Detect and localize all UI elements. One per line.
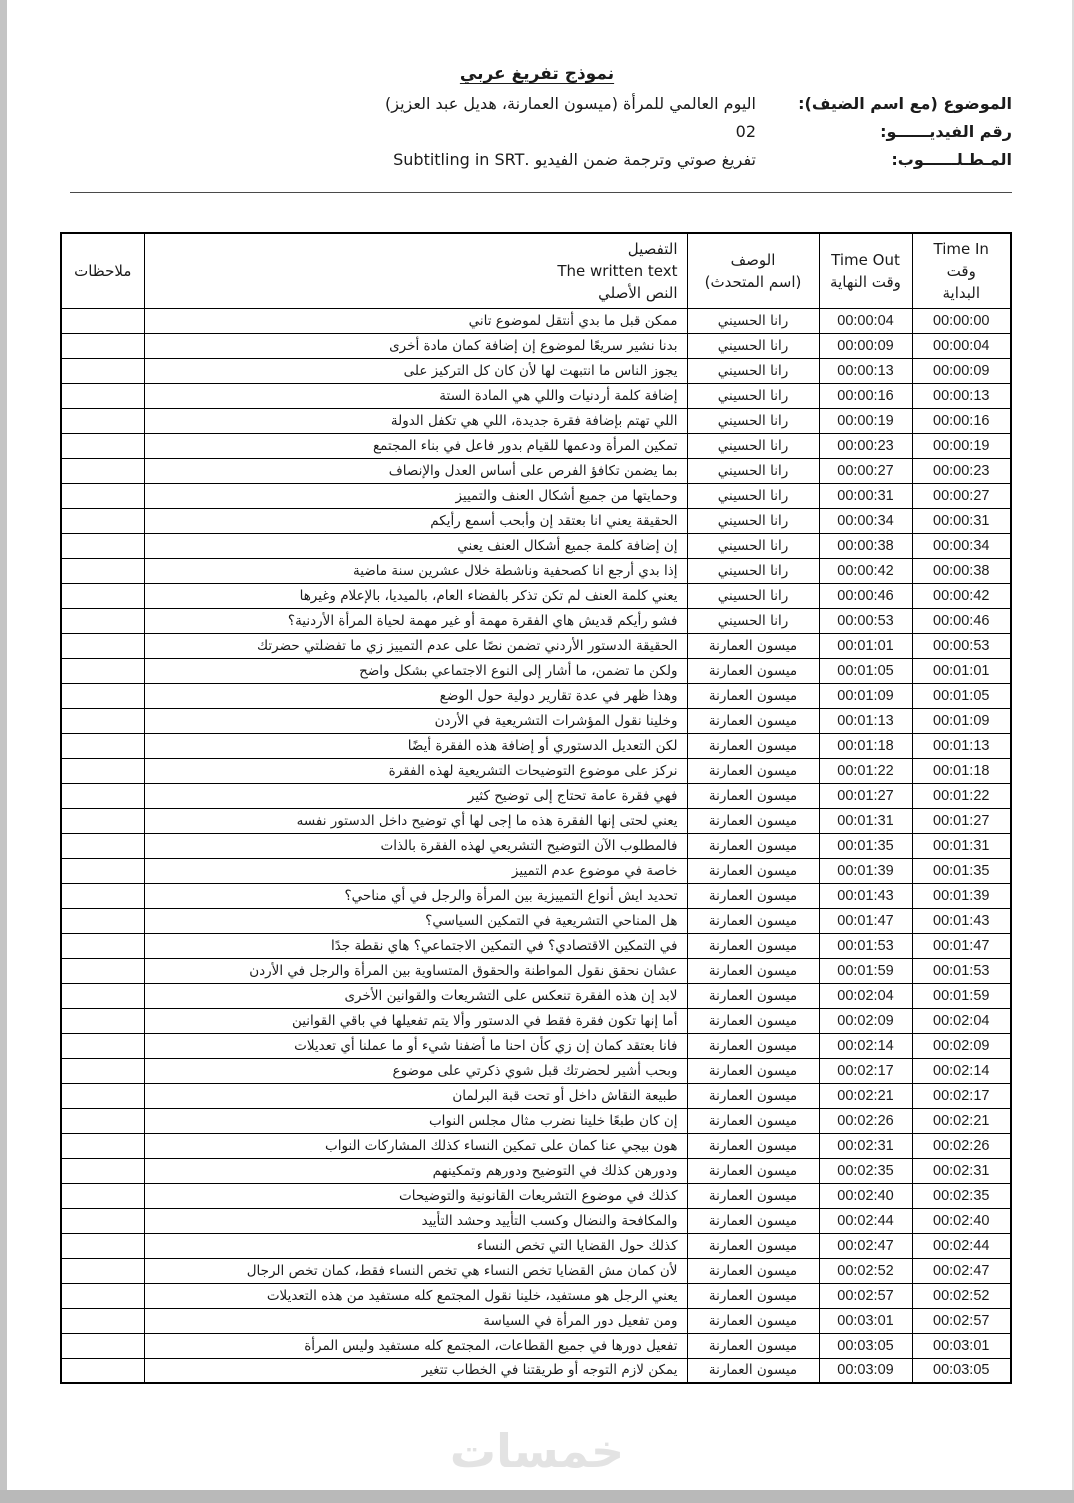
table-row: 00:01:0100:01:05ميسون العمارنةولكن ما تض… <box>61 658 1011 683</box>
video-number-label: رقم الفيديــــــو: <box>756 118 1012 146</box>
speaker-cell: ميسون العمارنة <box>687 1133 819 1158</box>
notes-cell <box>61 1158 144 1183</box>
notes-cell <box>61 333 144 358</box>
col-header-notes: ملاحظات <box>61 233 144 308</box>
speaker-cell: رانا الحسيني <box>687 458 819 483</box>
notes-cell <box>61 1283 144 1308</box>
table-row: 00:00:3800:00:42رانا الحسينيإذا بدي أرجع… <box>61 558 1011 583</box>
time-in-cell: 00:02:04 <box>912 1008 1011 1033</box>
text-cell: وهذا ظهر في عدة تقارير دولية حول الوضع <box>144 683 687 708</box>
table-row: 00:01:1300:01:18ميسون العمارنةلكن التعدي… <box>61 733 1011 758</box>
time-out-cell: 00:02:26 <box>819 1108 912 1133</box>
time-out-cell: 00:00:53 <box>819 608 912 633</box>
time-in-cell: 00:01:31 <box>912 833 1011 858</box>
notes-cell <box>61 1208 144 1233</box>
speaker-cell: ميسون العمارنة <box>687 633 819 658</box>
table-row: 00:01:5300:01:59ميسون العمارنةعشان نحقق … <box>61 958 1011 983</box>
col-header-time-in: Time In وقت البداية <box>912 233 1011 308</box>
required-label: المـطـلــــــوب: <box>756 146 1012 174</box>
time-out-cell: 00:00:23 <box>819 433 912 458</box>
time-out-cell: 00:02:14 <box>819 1033 912 1058</box>
time-in-cell: 00:00:38 <box>912 558 1011 583</box>
text-cell: وخلينا نقول المؤشرات التشريعية في الأردن <box>144 708 687 733</box>
time-out-cell: 00:02:35 <box>819 1158 912 1183</box>
table-row: 00:01:0500:01:09ميسون العمارنةوهذا ظهر ف… <box>61 683 1011 708</box>
notes-cell <box>61 1008 144 1033</box>
time-out-cell: 00:02:31 <box>819 1133 912 1158</box>
text-cell: فانا بعتقد كمان إن زي كأن احنا ما أضفنا … <box>144 1033 687 1058</box>
speaker-cell: ميسون العمارنة <box>687 1233 819 1258</box>
time-in-cell: 00:02:14 <box>912 1058 1011 1083</box>
notes-cell <box>61 983 144 1008</box>
speaker-cell: رانا الحسيني <box>687 408 819 433</box>
text-cell: كذلك في موضوع التشريعات القانونية والتوض… <box>144 1183 687 1208</box>
table-row: 00:00:3400:00:38رانا الحسينيإن إضافة كلم… <box>61 533 1011 558</box>
time-out-cell: 00:03:01 <box>819 1308 912 1333</box>
table-row: 00:00:0400:00:09رانا الحسينيبدنا نشير سر… <box>61 333 1011 358</box>
topic-label: الموضوع (مع اسم الضيف): <box>756 90 1012 118</box>
table-row: 00:02:5200:02:57ميسون العمارنةيعني الرجل… <box>61 1283 1011 1308</box>
table-row: 00:01:3100:01:35ميسون العمارنةفالمطلوب ا… <box>61 833 1011 858</box>
table-row: 00:00:3100:00:34رانا الحسينيالحقيقة يعني… <box>61 508 1011 533</box>
time-in-cell: 00:00:42 <box>912 583 1011 608</box>
time-out-cell: 00:00:16 <box>819 383 912 408</box>
time-in-cell: 00:02:35 <box>912 1183 1011 1208</box>
col-header-time-out: Time Out وقت النهاية <box>819 233 912 308</box>
time-in-cell: 00:00:00 <box>912 308 1011 333</box>
notes-cell <box>61 558 144 583</box>
speaker-cell: ميسون العمارنة <box>687 1008 819 1033</box>
speaker-cell: ميسون العمارنة <box>687 758 819 783</box>
text-cell: طبيعة النقاش داخل أو تحت قبة البرلمان <box>144 1083 687 1108</box>
notes-cell <box>61 1333 144 1358</box>
table-row: 00:02:3500:02:40ميسون العمارنةكذلك في مو… <box>61 1183 1011 1208</box>
time-in-cell: 00:03:01 <box>912 1333 1011 1358</box>
notes-cell <box>61 758 144 783</box>
time-out-cell: 00:01:53 <box>819 933 912 958</box>
time-out-cell: 00:01:05 <box>819 658 912 683</box>
page-edge-left <box>0 0 7 1503</box>
time-in-cell: 00:02:17 <box>912 1083 1011 1108</box>
notes-cell <box>61 458 144 483</box>
table-row: 00:02:2100:02:26ميسون العمارنةإن كان طبع… <box>61 1108 1011 1133</box>
text-cell: ممكن قبل ما بدي أنتقل لموضوع تاني <box>144 308 687 333</box>
text-cell: بدنا نشير سريعًا لموضوع إن إضافة كمان ما… <box>144 333 687 358</box>
speaker-cell: ميسون العمارنة <box>687 783 819 808</box>
speaker-cell: ميسون العمارنة <box>687 933 819 958</box>
table-row: 00:00:2300:00:27رانا الحسينيبما يضمن تكا… <box>61 458 1011 483</box>
time-in-cell: 00:01:27 <box>912 808 1011 833</box>
speaker-cell: ميسون العمارنة <box>687 883 819 908</box>
time-out-cell: 00:02:57 <box>819 1283 912 1308</box>
time-in-cell: 00:01:18 <box>912 758 1011 783</box>
speaker-cell: ميسون العمارنة <box>687 1258 819 1283</box>
table-row: 00:01:4700:01:53ميسون العمارنةفي التمكين… <box>61 933 1011 958</box>
time-in-cell: 00:01:09 <box>912 708 1011 733</box>
text-cell: الحقيقة الدستور الأردني تضمن نصًا على عد… <box>144 633 687 658</box>
text-cell: تحديد ايش أنواع التمييزية بين المرأة وال… <box>144 883 687 908</box>
text-cell: يعني لحتى إنها الفقرة هذه ما إجى لها أي … <box>144 808 687 833</box>
text-cell: إن إضافة كلمة جميع أشكال العنف يعني <box>144 533 687 558</box>
notes-cell <box>61 1033 144 1058</box>
time-out-cell: 00:00:04 <box>819 308 912 333</box>
text-cell: يعني كلمة العنف لم تكن تذكر بالفضاء العا… <box>144 583 687 608</box>
table-row: 00:03:0100:03:05ميسون العمارنةتفعيل دوره… <box>61 1333 1011 1358</box>
time-in-cell: 00:00:31 <box>912 508 1011 533</box>
speaker-cell: ميسون العمارنة <box>687 1358 819 1383</box>
document-page: نموذج تفريغ عربي الموضوع (مع اسم الضيف):… <box>0 0 1074 1503</box>
time-out-cell: 00:01:43 <box>819 883 912 908</box>
speaker-cell: ميسون العمارنة <box>687 708 819 733</box>
time-out-cell: 00:02:52 <box>819 1258 912 1283</box>
time-in-cell: 00:01:35 <box>912 858 1011 883</box>
table-row: 00:01:2700:01:31ميسون العمارنةيعني لحتى … <box>61 808 1011 833</box>
time-in-cell: 00:02:44 <box>912 1233 1011 1258</box>
table-row: 00:00:4200:00:46رانا الحسينييعني كلمة ال… <box>61 583 1011 608</box>
text-cell: نركز على موضوع التوضيحات التشريعية لهذه … <box>144 758 687 783</box>
table-row: 00:02:4000:02:44ميسون العمارنةوالمكافحة … <box>61 1208 1011 1233</box>
time-out-cell: 00:00:19 <box>819 408 912 433</box>
text-cell: تفعيل دورها في جميع القطاعات، المجتمع كل… <box>144 1333 687 1358</box>
time-out-cell: 00:00:13 <box>819 358 912 383</box>
table-row: 00:02:5700:03:01ميسون العمارنةومن تفعيل … <box>61 1308 1011 1333</box>
speaker-cell: ميسون العمارنة <box>687 983 819 1008</box>
table-row: 00:03:0500:03:09ميسون العمارنةيمكن لازم … <box>61 1358 1011 1383</box>
time-out-cell: 00:01:39 <box>819 858 912 883</box>
table-row: 00:01:5900:02:04ميسون العمارنةلابد إن هذ… <box>61 983 1011 1008</box>
table-row: 00:00:5300:01:01ميسون العمارنةالحقيقة ال… <box>61 633 1011 658</box>
speaker-cell: ميسون العمارنة <box>687 1208 819 1233</box>
table-row: 00:00:1300:00:16رانا الحسينيإضافة كلمة أ… <box>61 383 1011 408</box>
table-row: 00:01:3500:01:39ميسون العمارنةخاصة في مو… <box>61 858 1011 883</box>
text-cell: إضافة كلمة أردنيات واللي هي المادة الستة <box>144 383 687 408</box>
notes-cell <box>61 883 144 908</box>
time-in-cell: 00:00:53 <box>912 633 1011 658</box>
speaker-cell: رانا الحسيني <box>687 483 819 508</box>
speaker-cell: رانا الحسيني <box>687 533 819 558</box>
video-number-value: 02 <box>62 118 756 146</box>
notes-cell <box>61 533 144 558</box>
header-divider <box>70 192 1012 193</box>
speaker-cell: ميسون العمارنة <box>687 1083 819 1108</box>
notes-cell <box>61 808 144 833</box>
text-cell: عشان نحقق نقول المواطنة والحقوق المتساوي… <box>144 958 687 983</box>
text-cell: لأن كمان مش القضايا تخص النساء هي تخص ال… <box>144 1258 687 1283</box>
table-row: 00:00:2700:00:31رانا الحسينيوحمايتها من … <box>61 483 1011 508</box>
time-out-cell: 00:01:59 <box>819 958 912 983</box>
time-out-cell: 00:01:13 <box>819 708 912 733</box>
notes-cell <box>61 1108 144 1133</box>
text-cell: الحقيقة يعني انا بعتقد إن وأبحب أسمع رأي… <box>144 508 687 533</box>
time-out-cell: 00:00:46 <box>819 583 912 608</box>
text-cell: فالمطلوب الآن التوضيح التشريعي لهذه الفق… <box>144 833 687 858</box>
table-row: 00:00:1900:00:23رانا الحسينيتمكين المرأة… <box>61 433 1011 458</box>
time-out-cell: 00:02:04 <box>819 983 912 1008</box>
speaker-cell: ميسون العمارنة <box>687 1183 819 1208</box>
notes-cell <box>61 658 144 683</box>
speaker-cell: رانا الحسيني <box>687 358 819 383</box>
text-cell: لابد إن هذه الفقرة تنعكس على التشريعات و… <box>144 983 687 1008</box>
table-row: 00:01:4300:01:47ميسون العمارنةهل المناحي… <box>61 908 1011 933</box>
speaker-cell: رانا الحسيني <box>687 508 819 533</box>
time-out-cell: 00:02:44 <box>819 1208 912 1233</box>
speaker-cell: ميسون العمارنة <box>687 808 819 833</box>
time-out-cell: 00:01:09 <box>819 683 912 708</box>
notes-cell <box>61 433 144 458</box>
transcript-body: 00:00:0000:00:04رانا الحسينيممكن قبل ما … <box>61 308 1011 1383</box>
text-cell: ولكن ما تضمن، ما أشار إلى النوع الاجتماع… <box>144 658 687 683</box>
speaker-cell: رانا الحسيني <box>687 333 819 358</box>
time-in-cell: 00:01:59 <box>912 983 1011 1008</box>
col-header-text: التفصيل The written text النص الأصلي <box>144 233 687 308</box>
notes-cell <box>61 633 144 658</box>
text-cell: هون بيجي عنا كمان على تمكين النساء كذلك … <box>144 1133 687 1158</box>
notes-cell <box>61 1358 144 1383</box>
table-row: 00:02:0900:02:14ميسون العمارنةفانا بعتقد… <box>61 1033 1011 1058</box>
time-in-cell: 00:00:23 <box>912 458 1011 483</box>
text-cell: ودورهن كذلك في التوضيح ودورهم وتمكينهم <box>144 1158 687 1183</box>
time-in-cell: 00:02:09 <box>912 1033 1011 1058</box>
notes-cell <box>61 1183 144 1208</box>
time-in-cell: 00:03:05 <box>912 1358 1011 1383</box>
speaker-cell: ميسون العمارنة <box>687 733 819 758</box>
time-out-cell: 00:01:27 <box>819 783 912 808</box>
time-in-cell: 00:01:01 <box>912 658 1011 683</box>
speaker-cell: ميسون العمارنة <box>687 958 819 983</box>
text-cell: والمكافحة والنضال وكسب التأييد وحشد التأ… <box>144 1208 687 1233</box>
notes-cell <box>61 1058 144 1083</box>
speaker-cell: ميسون العمارنة <box>687 658 819 683</box>
time-in-cell: 00:02:52 <box>912 1283 1011 1308</box>
speaker-cell: ميسون العمارنة <box>687 1308 819 1333</box>
text-cell: وحمايتها من جميع أشكال العنف والتمييز <box>144 483 687 508</box>
time-out-cell: 00:00:31 <box>819 483 912 508</box>
text-cell: لكن التعديل الدستوري أو إضافة هذه الفقرة… <box>144 733 687 758</box>
time-in-cell: 00:01:53 <box>912 958 1011 983</box>
watermark-logo: خمسات <box>62 1424 1012 1478</box>
notes-cell <box>61 408 144 433</box>
notes-cell <box>61 683 144 708</box>
text-cell: فشو رأيكم قديش هاي الفقرة مهمة أو غير مه… <box>144 608 687 633</box>
time-out-cell: 00:03:09 <box>819 1358 912 1383</box>
speaker-cell: رانا الحسيني <box>687 383 819 408</box>
time-in-cell: 00:00:16 <box>912 408 1011 433</box>
time-out-cell: 00:00:34 <box>819 508 912 533</box>
speaker-cell: رانا الحسيني <box>687 558 819 583</box>
speaker-cell: ميسون العمارنة <box>687 908 819 933</box>
time-out-cell: 00:02:09 <box>819 1008 912 1033</box>
time-in-cell: 00:02:26 <box>912 1133 1011 1158</box>
table-row: 00:01:3900:01:43ميسون العمارنةتحديد ايش … <box>61 883 1011 908</box>
table-row: 00:01:2200:01:27ميسون العمارنةفهي فقرة ع… <box>61 783 1011 808</box>
time-in-cell: 00:00:04 <box>912 333 1011 358</box>
speaker-cell: ميسون العمارنة <box>687 1158 819 1183</box>
text-cell: اللي تهتم بإضافة فقرة جديدة، اللي هي تكف… <box>144 408 687 433</box>
time-out-cell: 00:01:01 <box>819 633 912 658</box>
time-out-cell: 00:02:17 <box>819 1058 912 1083</box>
text-cell: في التمكين الاقتصادي؟ في التمكين الاجتما… <box>144 933 687 958</box>
speaker-cell: ميسون العمارنة <box>687 1283 819 1308</box>
text-cell: فهي فقرة عامة تحتاج إلى توضيح كثير <box>144 783 687 808</box>
speaker-cell: رانا الحسيني <box>687 583 819 608</box>
time-in-cell: 00:00:09 <box>912 358 1011 383</box>
notes-cell <box>61 583 144 608</box>
time-out-cell: 00:00:42 <box>819 558 912 583</box>
text-cell: وبحب أشير لحضرتك قبل شوي ذكرتي على موضوع <box>144 1058 687 1083</box>
notes-cell <box>61 1133 144 1158</box>
text-cell: إن كان طبعًا خلينا نضرب مثال مجلس النواب <box>144 1108 687 1133</box>
time-in-cell: 00:01:05 <box>912 683 1011 708</box>
notes-cell <box>61 733 144 758</box>
table-row: 00:02:1400:02:17ميسون العمارنةوبحب أشير … <box>61 1058 1011 1083</box>
notes-cell <box>61 358 144 383</box>
text-cell: تمكين المرأة ودعمها للقيام بدور فاعل في … <box>144 433 687 458</box>
notes-cell <box>61 483 144 508</box>
time-in-cell: 00:01:39 <box>912 883 1011 908</box>
time-in-cell: 00:02:57 <box>912 1308 1011 1333</box>
notes-cell <box>61 708 144 733</box>
speaker-cell: رانا الحسيني <box>687 308 819 333</box>
speaker-cell: ميسون العمارنة <box>687 858 819 883</box>
header-row-required: المـطـلــــــوب: تفريغ صوتي وترجمة ضمن ا… <box>62 146 1012 174</box>
time-out-cell: 00:02:47 <box>819 1233 912 1258</box>
text-cell: هل المناحي التشريعية في التمكين السياسي؟ <box>144 908 687 933</box>
text-cell: يجوز الناس ما انتبهت لها لأن كان كل التر… <box>144 358 687 383</box>
bottom-bar <box>0 1490 1074 1503</box>
topic-value: اليوم العالمي للمرأة (ميسون العمارنة، هد… <box>62 90 756 118</box>
text-cell: أما إنها تكون فقرة فقط في الدستور وألا ي… <box>144 1008 687 1033</box>
notes-cell <box>61 1308 144 1333</box>
time-in-cell: 00:00:13 <box>912 383 1011 408</box>
time-out-cell: 00:01:31 <box>819 808 912 833</box>
notes-cell <box>61 783 144 808</box>
text-cell: بما يضمن تكافؤ الفرص على أساس العدل والإ… <box>144 458 687 483</box>
speaker-cell: رانا الحسيني <box>687 608 819 633</box>
table-row: 00:02:3100:02:35ميسون العمارنةودورهن كذل… <box>61 1158 1011 1183</box>
notes-cell <box>61 933 144 958</box>
transcript-table: Time In وقت البداية Time Out وقت النهاية… <box>60 232 1012 1384</box>
text-cell: كذلك حول القضايا التي تخص النساء <box>144 1233 687 1258</box>
table-row: 00:02:2600:02:31ميسون العمارنةهون بيجي ع… <box>61 1133 1011 1158</box>
text-cell: إذا بدي أرجع انا كصحفية وناشطة خلال عشري… <box>144 558 687 583</box>
table-row: 00:01:1800:01:22ميسون العمارنةنركز على م… <box>61 758 1011 783</box>
text-cell: يمكن لازم التوجه أو طريقتنا في الخطاب تت… <box>144 1358 687 1383</box>
time-in-cell: 00:02:31 <box>912 1158 1011 1183</box>
table-row: 00:02:0400:02:09ميسون العمارنةأما إنها ت… <box>61 1008 1011 1033</box>
time-in-cell: 00:00:19 <box>912 433 1011 458</box>
notes-cell <box>61 958 144 983</box>
notes-cell <box>61 858 144 883</box>
time-in-cell: 00:00:27 <box>912 483 1011 508</box>
time-out-cell: 00:00:27 <box>819 458 912 483</box>
text-cell: يعني الرجل هو مستفيد، خلينا نقول المجتمع… <box>144 1283 687 1308</box>
notes-cell <box>61 1083 144 1108</box>
header-row-video-number: رقم الفيديــــــو: 02 <box>62 118 1012 146</box>
time-in-cell: 00:00:34 <box>912 533 1011 558</box>
table-header-row: Time In وقت البداية Time Out وقت النهاية… <box>61 233 1011 308</box>
time-in-cell: 00:02:40 <box>912 1208 1011 1233</box>
time-out-cell: 00:01:47 <box>819 908 912 933</box>
time-out-cell: 00:02:40 <box>819 1183 912 1208</box>
text-cell: ومن تفعيل دور المرأة في السياسة <box>144 1308 687 1333</box>
table-row: 00:00:1600:00:19رانا الحسينياللي تهتم بإ… <box>61 408 1011 433</box>
table-row: 00:01:0900:01:13ميسون العمارنةوخلينا نقو… <box>61 708 1011 733</box>
document-title: نموذج تفريغ عربي <box>62 64 1012 84</box>
time-out-cell: 00:03:05 <box>819 1333 912 1358</box>
notes-cell <box>61 833 144 858</box>
speaker-cell: ميسون العمارنة <box>687 1058 819 1083</box>
table-row: 00:02:1700:02:21ميسون العمارنةطبيعة النق… <box>61 1083 1011 1108</box>
time-in-cell: 00:02:47 <box>912 1258 1011 1283</box>
speaker-cell: ميسون العمارنة <box>687 1333 819 1358</box>
speaker-cell: ميسون العمارنة <box>687 1108 819 1133</box>
time-in-cell: 00:00:46 <box>912 608 1011 633</box>
table-row: 00:00:0900:00:13رانا الحسينييجوز الناس م… <box>61 358 1011 383</box>
required-value: تفريغ صوتي وترجمة ضمن الفيديو .Subtitlin… <box>62 146 756 174</box>
time-out-cell: 00:02:21 <box>819 1083 912 1108</box>
speaker-cell: ميسون العمارنة <box>687 683 819 708</box>
table-row: 00:02:4400:02:47ميسون العمارنةكذلك حول ا… <box>61 1233 1011 1258</box>
header-fields: الموضوع (مع اسم الضيف): اليوم العالمي لل… <box>62 90 1012 174</box>
speaker-cell: ميسون العمارنة <box>687 833 819 858</box>
time-out-cell: 00:01:35 <box>819 833 912 858</box>
notes-cell <box>61 383 144 408</box>
notes-cell <box>61 308 144 333</box>
time-in-cell: 00:01:13 <box>912 733 1011 758</box>
table-row: 00:02:4700:02:52ميسون العمارنةلأن كمان م… <box>61 1258 1011 1283</box>
time-in-cell: 00:01:43 <box>912 908 1011 933</box>
time-in-cell: 00:02:21 <box>912 1108 1011 1133</box>
notes-cell <box>61 908 144 933</box>
notes-cell <box>61 1258 144 1283</box>
time-out-cell: 00:01:18 <box>819 733 912 758</box>
col-header-speaker: الوصف (اسم المتحدث) <box>687 233 819 308</box>
time-in-cell: 00:01:47 <box>912 933 1011 958</box>
header-row-topic: الموضوع (مع اسم الضيف): اليوم العالمي لل… <box>62 90 1012 118</box>
text-cell: خاصة في موضوع عدم التمييز <box>144 858 687 883</box>
notes-cell <box>61 1233 144 1258</box>
table-row: 00:00:0000:00:04رانا الحسينيممكن قبل ما … <box>61 308 1011 333</box>
notes-cell <box>61 608 144 633</box>
table-row: 00:00:4600:00:53رانا الحسينيفشو رأيكم قد… <box>61 608 1011 633</box>
time-in-cell: 00:01:22 <box>912 783 1011 808</box>
speaker-cell: رانا الحسيني <box>687 433 819 458</box>
notes-cell <box>61 508 144 533</box>
time-out-cell: 00:01:22 <box>819 758 912 783</box>
time-out-cell: 00:00:38 <box>819 533 912 558</box>
time-out-cell: 00:00:09 <box>819 333 912 358</box>
speaker-cell: ميسون العمارنة <box>687 1033 819 1058</box>
